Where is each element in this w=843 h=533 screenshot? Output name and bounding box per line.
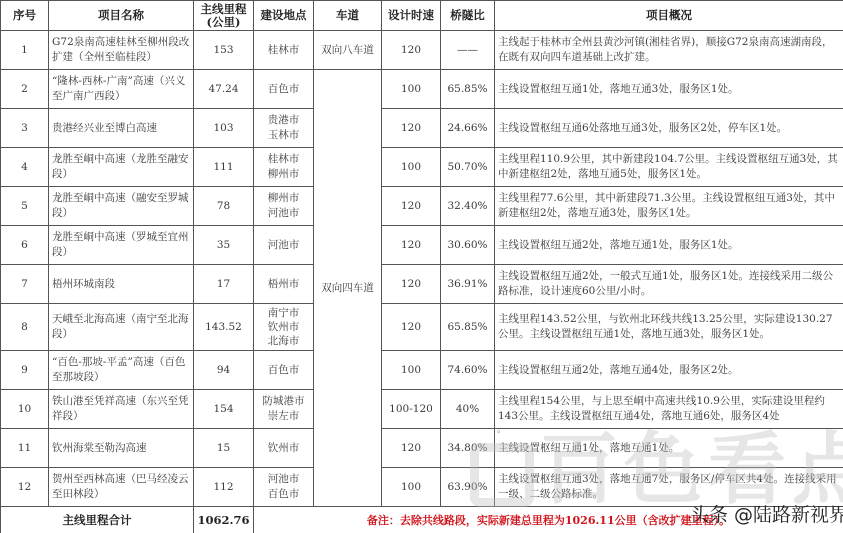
table-row: 2 “隆林-西林-广南”高速（兴义至广南广西段） 47.24 百色市 双向四车道…	[1, 70, 843, 109]
row-ratio: 65.85%	[441, 70, 495, 109]
table-row: 5 龙胜至峒中高速（融安至罗城段） 78 柳州市河池市 120 32.40% 主…	[1, 187, 843, 226]
row-location: 河池市百色市	[254, 468, 314, 507]
table-row: 3 贵港经兴业至博白高速 103 贵港市玉林市 120 24.66% 主线设置枢…	[1, 109, 843, 148]
row-length: 35	[194, 226, 254, 265]
row-speed: 100	[382, 468, 441, 507]
row-speed: 120	[382, 429, 441, 468]
row-location: 河池市	[254, 226, 314, 265]
row-length: 154	[194, 390, 254, 429]
row-index: 10	[1, 390, 49, 429]
row-ratio: 74.60%	[441, 351, 495, 390]
row-lanes-merged: 双向四车道	[314, 70, 382, 507]
row-length: 17	[194, 265, 254, 304]
highway-projects-table: 序号 项目名称 主线里程 (公里) 建设地点 车道 设计时速 桥隧比 项目概况 …	[0, 0, 843, 533]
row-name: 钦州海棠至勒沟高速	[49, 429, 194, 468]
row-location: 桂林市柳州市	[254, 148, 314, 187]
row-overview: 主线设置枢纽互通2处，落地互通1处，服务区1处。	[495, 226, 843, 265]
row-length: 78	[194, 187, 254, 226]
row-index: 11	[1, 429, 49, 468]
header-row: 序号 项目名称 主线里程 (公里) 建设地点 车道 设计时速 桥隧比 项目概况	[1, 1, 843, 31]
row-overview: 主线设置枢纽互通6处落地互通3处，服务区2处，停车区1处。	[495, 109, 843, 148]
row-length: 153	[194, 31, 254, 70]
row-ratio: 65.85%	[441, 304, 495, 351]
table-row: 11 钦州海棠至勒沟高速 15 钦州市 120 34.80% 主线设置枢纽互通1…	[1, 429, 843, 468]
row-name: “隆林-西林-广南”高速（兴义至广南广西段）	[49, 70, 194, 109]
row-speed: 120	[382, 304, 441, 351]
row-speed: 100	[382, 351, 441, 390]
row-name: 龙胜至峒中高速（罗城至宜州段）	[49, 226, 194, 265]
row-length: 103	[194, 109, 254, 148]
row-ratio: ——	[441, 31, 495, 70]
row-index: 9	[1, 351, 49, 390]
row-lanes: 双向八车道	[314, 31, 382, 70]
row-index: 8	[1, 304, 49, 351]
row-ratio: 32.40%	[441, 187, 495, 226]
table-row: 7 梧州环城南段 17 梧州市 120 36.91% 主线设置枢纽互通2处，一般…	[1, 265, 843, 304]
row-name: G72泉南高速桂林至柳州段改扩建（全州至临桂段）	[49, 31, 194, 70]
row-name: 贺州至西林高速（巴马经凌云至田林段）	[49, 468, 194, 507]
row-index: 12	[1, 468, 49, 507]
row-name: “百色-那坡-平孟”高速（百色至那坡段）	[49, 351, 194, 390]
header-ratio: 桥隧比	[441, 1, 495, 31]
row-speed: 120	[382, 31, 441, 70]
row-index: 1	[1, 31, 49, 70]
total-length: 1062.76	[194, 507, 254, 533]
table-row: 9 “百色-那坡-平孟”高速（百色至那坡段） 94 百色市 100 74.60%…	[1, 351, 843, 390]
row-speed: 120	[382, 226, 441, 265]
row-overview: 主线里程154公里，与上思至峒中高速共线10.9公里，实际建设里程约143公里。…	[495, 390, 843, 429]
row-length: 94	[194, 351, 254, 390]
row-length: 111	[194, 148, 254, 187]
header-lanes: 车道	[314, 1, 382, 31]
table-row: 1 G72泉南高速桂林至柳州段改扩建（全州至临桂段） 153 桂林市 双向八车道…	[1, 31, 843, 70]
row-location: 柳州市河池市	[254, 187, 314, 226]
row-location: 防城港市崇左市	[254, 390, 314, 429]
row-index: 3	[1, 109, 49, 148]
row-ratio: 30.60%	[441, 226, 495, 265]
row-speed: 100	[382, 148, 441, 187]
row-name: 贵港经兴业至博白高速	[49, 109, 194, 148]
header-location: 建设地点	[254, 1, 314, 31]
row-name: 龙胜至峒中高速（融安至罗城段）	[49, 187, 194, 226]
row-speed: 100	[382, 70, 441, 109]
header-speed: 设计时速	[382, 1, 441, 31]
row-index: 7	[1, 265, 49, 304]
row-location: 百色市	[254, 351, 314, 390]
header-index: 序号	[1, 1, 49, 31]
row-index: 4	[1, 148, 49, 187]
table-row: 4 龙胜至峒中高速（龙胜至融安段） 111 桂林市柳州市 100 50.70% …	[1, 148, 843, 187]
header-overview: 项目概况	[495, 1, 843, 31]
row-name: 龙胜至峒中高速（龙胜至融安段）	[49, 148, 194, 187]
row-location: 百色市	[254, 70, 314, 109]
row-length: 47.24	[194, 70, 254, 109]
row-overview: 主线设置枢纽互通1处，落地互通3处，服务区1处。	[495, 70, 843, 109]
row-name: 天峨至北海高速（南宁至北海段）	[49, 304, 194, 351]
row-location: 贵港市玉林市	[254, 109, 314, 148]
header-length-line2: (公里)	[197, 16, 250, 29]
row-ratio: 36.91%	[441, 265, 495, 304]
row-overview: 主线起于桂林市全州县黄沙河镇(湘桂省界)，顺接G72泉南高速湖南段，在既有双向四…	[495, 31, 843, 70]
row-overview: 主线里程110.9公里，其中新建段104.7公里。主线设置枢纽互通3处，其中新建…	[495, 148, 843, 187]
total-label: 主线里程合计	[1, 507, 194, 533]
row10-overflow-punct: 。	[497, 422, 506, 435]
row-speed: 100-120	[382, 390, 441, 429]
table-row: 6 龙胜至峒中高速（罗城至宜州段） 35 河池市 120 30.60% 主线设置…	[1, 226, 843, 265]
row-overview: 主线设置枢纽互通2处，落地互通4处，服务区2处。	[495, 351, 843, 390]
row-index: 5	[1, 187, 49, 226]
row-speed: 120	[382, 187, 441, 226]
row-speed: 120	[382, 265, 441, 304]
header-length: 主线里程 (公里)	[194, 1, 254, 31]
row-location: 南宁市钦州市北海市	[254, 304, 314, 351]
row-name: 梧州环城南段	[49, 265, 194, 304]
header-length-line1: 主线里程	[197, 3, 250, 16]
row-location: 桂林市	[254, 31, 314, 70]
row-location: 梧州市	[254, 265, 314, 304]
row-name: 铁山港至凭祥高速（东兴至凭祥段）	[49, 390, 194, 429]
row-index: 6	[1, 226, 49, 265]
row-ratio: 34.80%	[441, 429, 495, 468]
header-name: 项目名称	[49, 1, 194, 31]
row-overview: 主线里程143.52公里，与钦州北环线共线13.25公里，实际建设130.27公…	[495, 304, 843, 351]
table-row: 8 天峨至北海高速（南宁至北海段） 143.52 南宁市钦州市北海市 120 6…	[1, 304, 843, 351]
row-overview: 主线设置枢纽互通1处，落地互通1处。	[495, 429, 843, 468]
row-ratio: 24.66%	[441, 109, 495, 148]
row-overview: 主线设置枢纽互通2处，一般式互通1处，服务区1处。连接线采用二级公路标准，设计速…	[495, 265, 843, 304]
row-location: 钦州市	[254, 429, 314, 468]
row-ratio: 63.90%	[441, 468, 495, 507]
row-length: 15	[194, 429, 254, 468]
table-row: 10 铁山港至凭祥高速（东兴至凭祥段） 154 防城港市崇左市 100-120 …	[1, 390, 843, 429]
row-overview: 主线里程77.6公里，其中新建段71.3公里。主线设置枢纽互通3处，其中新建枢纽…	[495, 187, 843, 226]
row-speed: 120	[382, 109, 441, 148]
row-ratio: 40%	[441, 390, 495, 429]
watermark-credit: 头条 @陆路新视界	[690, 500, 843, 527]
row-length: 112	[194, 468, 254, 507]
row-length: 143.52	[194, 304, 254, 351]
row-ratio: 50.70%	[441, 148, 495, 187]
row-index: 2	[1, 70, 49, 109]
